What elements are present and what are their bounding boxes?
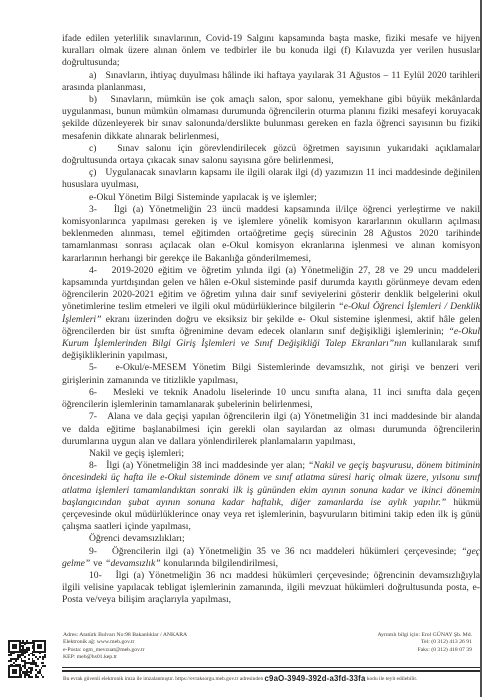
footer-address-line: e-Posta: ogm_mevzuat@meb.gov.tr: [63, 647, 187, 654]
body-text: 6- Mesleki ve teknik Anadolu liselerinde…: [62, 387, 480, 410]
body-text: 10- İlgi (a) Yönetmeliğin 36 ncı maddesi…: [62, 570, 480, 605]
body-text: 7- Alana ve dala geçişi yapılan öğrencil…: [62, 411, 480, 446]
footer-contact-line: Faks: (0 312) 418 07 39: [270, 647, 472, 654]
paragraph: a) Sınavların, ihtiyaç duyulması hâlinde…: [62, 70, 480, 94]
signature-divider: [62, 667, 480, 672]
paragraph: 7- Alana ve dala geçişi yapılan öğrencil…: [62, 411, 480, 448]
footer-contact: Ayrıntılı bilgi için: Erol GÜNAY Şb. Md.…: [270, 632, 472, 654]
body-text: ifade edilen yeterlilik sınavlarının, Co…: [62, 33, 480, 68]
body-text: b) Sınavların, mümkün ise çok amaçlı sal…: [62, 94, 480, 142]
verification-text: kodu ile teyit edilebilir.: [366, 676, 418, 682]
quoted-text: “devamsızlık”: [105, 558, 160, 569]
body-text: ve: [90, 558, 105, 569]
paragraph: c) Sınav salonu için görevlendirilecek g…: [62, 143, 480, 167]
paragraph: ifade edilen yeterlilik sınavlarının, Co…: [62, 33, 480, 70]
footer-address-line: Elektronik ağ: www.meb.gov.tr: [63, 639, 187, 646]
footer-address-line: KEP: meb@hs01.kep.tr: [63, 654, 187, 661]
footer-contact-line: Tel: (0 312) 413 26 91: [270, 639, 472, 646]
body-text: 8- İlgi (a) Yönetmeliğin 38 inci maddesi…: [89, 460, 308, 471]
qr-code-icon: [8, 640, 46, 678]
page-edge-line: [480, 0, 482, 697]
paragraph: 10- İlgi (a) Yönetmeliğin 36 ncı maddesi…: [62, 570, 480, 607]
footer-address: Adres: Atatürk Bulvarı No:98 Bakanlıklar…: [63, 632, 187, 662]
paragraph: b) Sınavların, mümkün ise çok amaçlı sal…: [62, 94, 480, 143]
body-text: 9- Öğrencilerin ilgi (a) Yönetmeliğin 35…: [89, 546, 461, 557]
paragraph: 9- Öğrencilerin ilgi (a) Yönetmeliğin 35…: [62, 546, 480, 570]
body-text: a) Sınavların, ihtiyaç duyulması hâlinde…: [62, 70, 480, 93]
body-text: ç) Uygulanacak sınavların kapsamı ile il…: [62, 167, 480, 190]
paragraph: Öğrenci devamsızlıkları;: [62, 533, 480, 545]
verification-code: c9aO-3949-392d-a3fd-33fa: [265, 674, 366, 683]
document-body: ifade edilen yeterlilik sınavlarının, Co…: [62, 33, 480, 631]
paragraph: 8- İlgi (a) Yönetmeliğin 38 inci maddesi…: [62, 460, 480, 533]
body-text: Nakil ve geçiş işlemleri;: [89, 448, 184, 459]
body-text: c) Sınav salonu için görevlendirilecek g…: [62, 143, 480, 166]
paragraph: e-Okul Yönetim Bilgi Sisteminde yapılaca…: [62, 192, 480, 204]
body-text: Öğrenci devamsızlıkları;: [89, 533, 185, 544]
paragraph: 5- e-Okul/e-MESEM Yönetim Bilgi Sistemle…: [62, 362, 480, 386]
body-text: 3- İlgi (a) Yönetmeliğin 23 üncü maddesi…: [62, 204, 480, 264]
paragraph: ç) Uygulanacak sınavların kapsamı ile il…: [62, 167, 480, 191]
verification-note: Bu evrak güvenli elektronik imza ile imz…: [63, 674, 483, 683]
paragraph: 3- İlgi (a) Yönetmeliğin 23 üncü maddesi…: [62, 204, 480, 265]
body-text: ekranı üzerinden doğru ve eksiksiz bir ş…: [62, 314, 480, 337]
body-text: konularında bilgilendirilmesi,: [161, 558, 278, 569]
body-text: e-Okul Yönetim Bilgi Sisteminde yapılaca…: [89, 192, 317, 203]
paragraph: 6- Mesleki ve teknik Anadolu liselerinde…: [62, 387, 480, 411]
verification-text: Bu evrak güvenli elektronik imza ile imz…: [63, 676, 265, 682]
paragraph: Nakil ve geçiş işlemleri;: [62, 448, 480, 460]
paragraph: 4- 2019-2020 eğitim ve öğretim yılında i…: [62, 265, 480, 363]
document-page: ifade edilen yeterlilik sınavlarının, Co…: [0, 0, 492, 697]
body-text: 5- e-Okul/e-MESEM Yönetim Bilgi Sistemle…: [62, 362, 480, 385]
